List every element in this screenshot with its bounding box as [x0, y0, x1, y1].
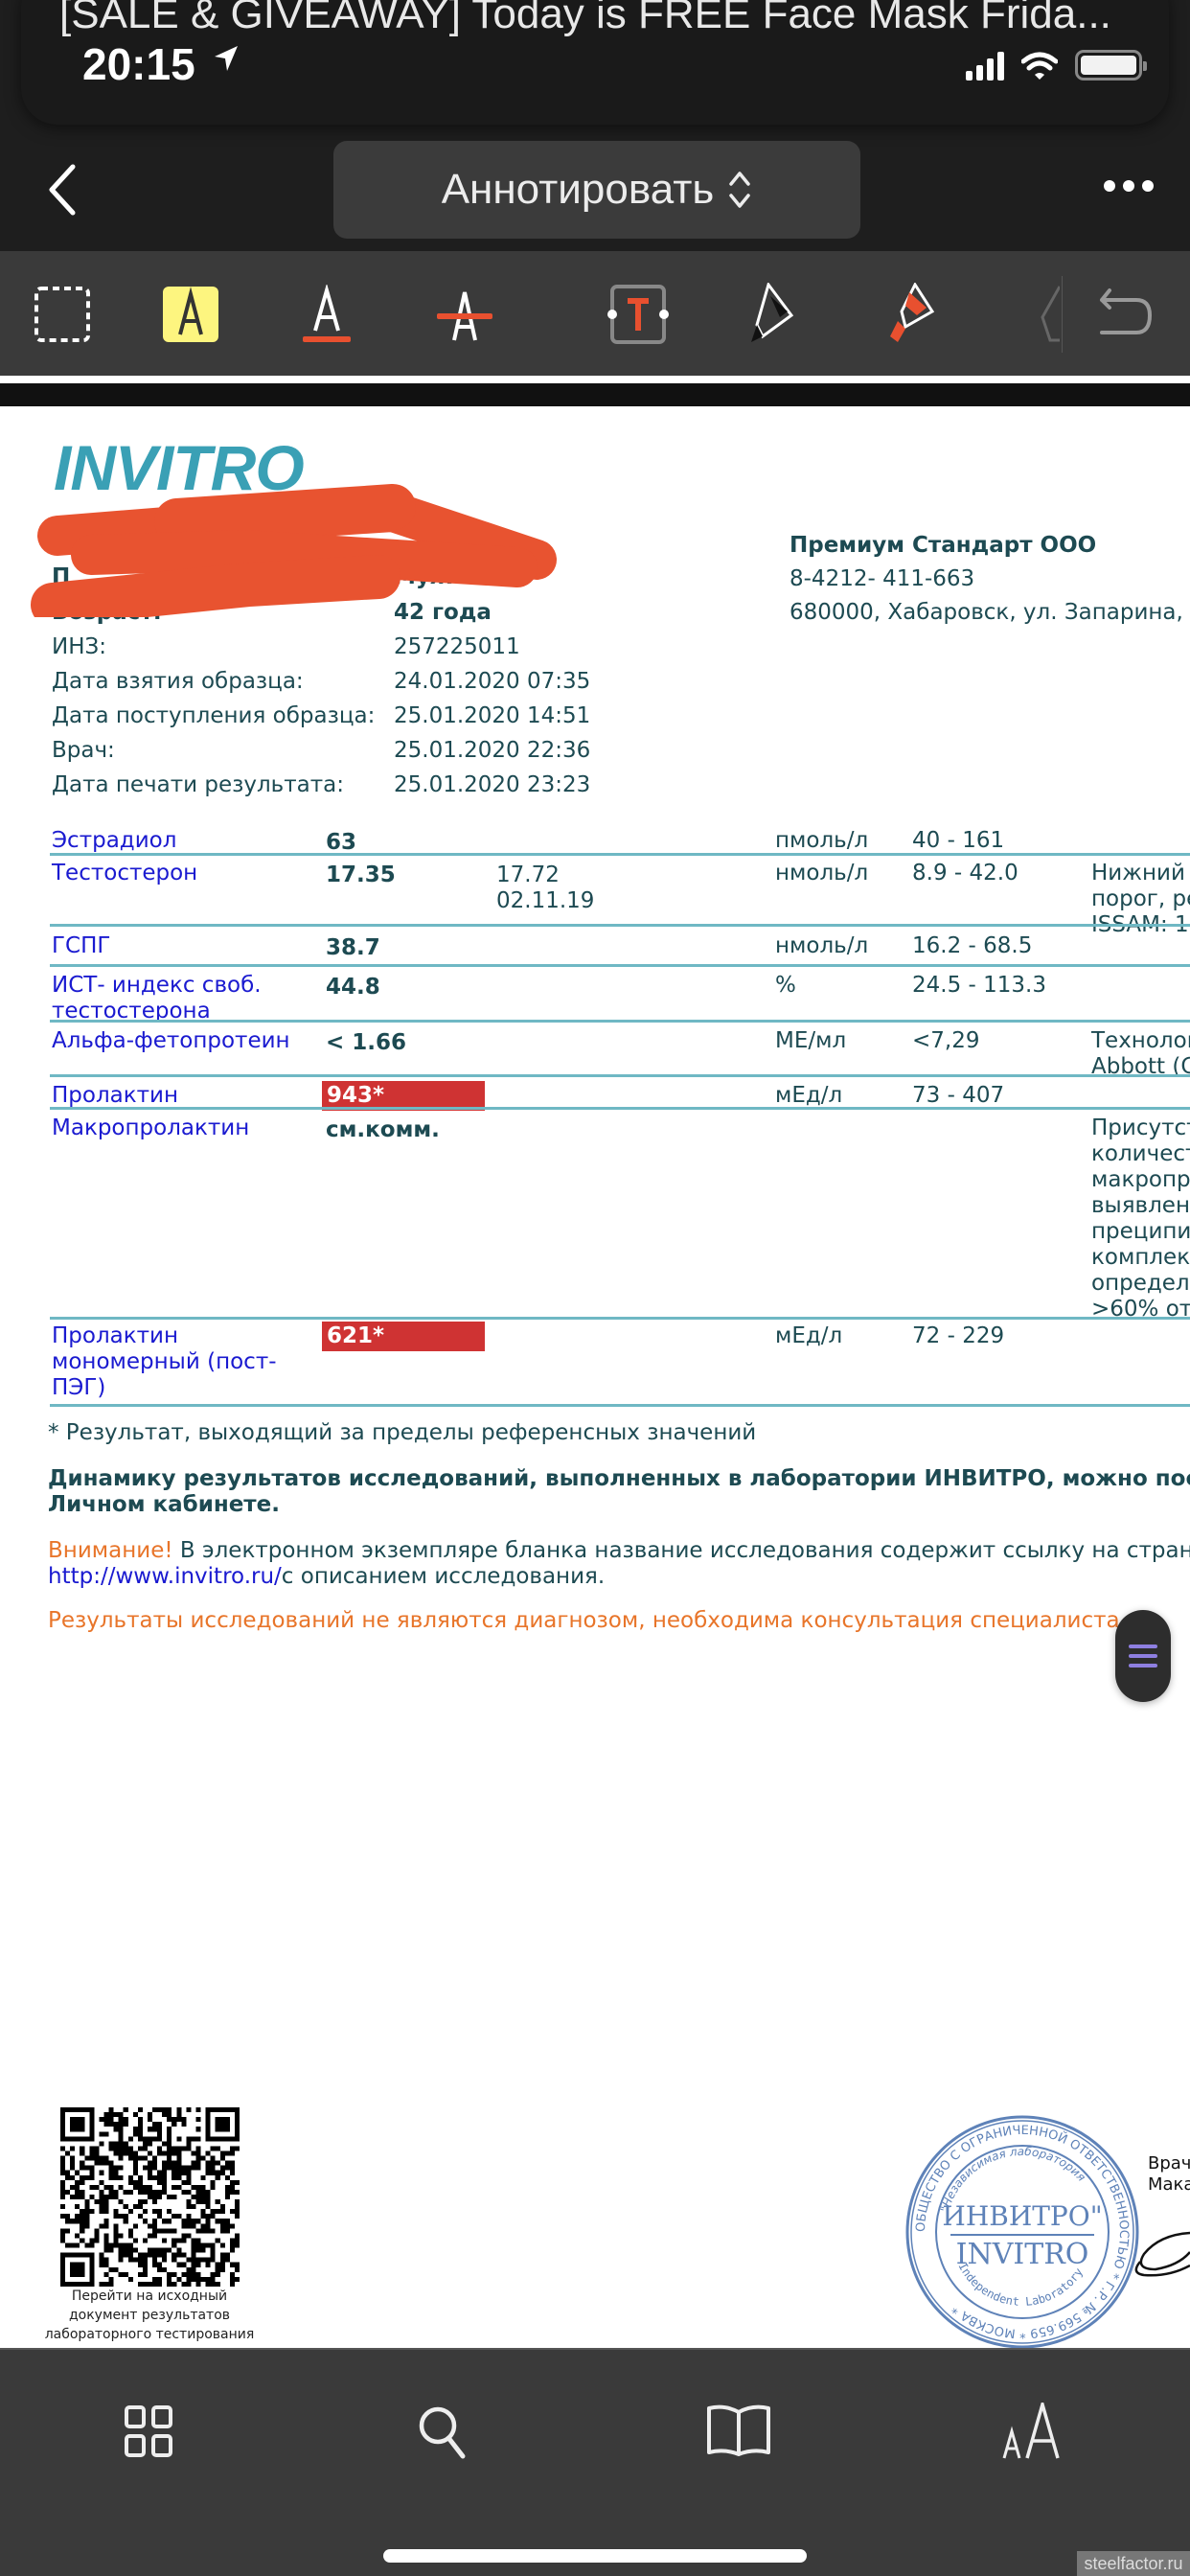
reference-range: 40 - 161	[912, 828, 1004, 853]
book-icon	[705, 2404, 772, 2458]
test-value: 44.8	[326, 975, 380, 1000]
watermark: steelfactor.ru	[1077, 2551, 1190, 2576]
test-unit: нмоль/л	[775, 933, 868, 958]
status-icons	[966, 50, 1142, 80]
test-name-link[interactable]: Альфа-фетопротеин	[52, 1028, 290, 1054]
more-options-button[interactable]	[1104, 180, 1154, 192]
test-name-link[interactable]: Тестостерон	[52, 861, 197, 886]
search-icon	[415, 2403, 472, 2460]
doctor-name: Мака	[1148, 2174, 1190, 2196]
test-value: 38.7	[326, 935, 380, 960]
disclaimer: Результаты исследований не являются диаг…	[48, 1608, 1127, 1634]
attention-label: Внимание!	[48, 1538, 173, 1563]
test-value-out-of-range: 621*	[322, 1322, 485, 1351]
font-size-icon	[1002, 2403, 1069, 2460]
text-box-tool[interactable]	[605, 278, 672, 351]
inz-value: 257225011	[394, 634, 520, 659]
test-name-link[interactable]: Пролактинмономерный (пост-ПЭГ)	[52, 1323, 277, 1401]
toolbar-divider	[1062, 276, 1063, 353]
lab-phone: 8-4212- 411-663	[790, 563, 974, 595]
previous-result: 17.7202.11.19	[496, 862, 594, 914]
pen-tool[interactable]	[740, 278, 807, 351]
eraser-icon	[1004, 283, 1060, 346]
table-row-divider	[50, 964, 1190, 967]
svg-text:ИНВИТРО": ИНВИТРО"	[942, 2200, 1102, 2232]
location-arrow-icon	[213, 44, 240, 73]
test-unit: нмоль/л	[775, 861, 868, 885]
table-row-divider	[50, 1074, 1190, 1077]
table-row-divider	[50, 1107, 1190, 1110]
test-name-link[interactable]: ИСТ- индекс своб.тестостерона	[52, 973, 262, 1024]
strikethrough-a-icon	[435, 285, 494, 344]
reference-range: <7,29	[912, 1028, 979, 1053]
notification-text: [SALE & GIVEAWAY] Today is FREE Face Mas…	[59, 0, 1142, 38]
grid-icon	[124, 2404, 173, 2458]
document-page[interactable]: INVITRO З П Муж Возраст: 42 года ИНЗ: 25…	[0, 406, 1190, 2348]
pen-icon	[742, 283, 805, 346]
text-size-button[interactable]	[993, 2398, 1079, 2465]
search-button[interactable]	[400, 2398, 487, 2465]
test-unit: МЕ/мл	[775, 1028, 846, 1053]
undo-icon	[1096, 285, 1156, 344]
test-comment: ТехнологAbbott (C	[1091, 1028, 1190, 1080]
test-value: 63	[326, 830, 356, 855]
dynamics-note-line1: Динамику результатов исследований, выпол…	[48, 1466, 1190, 1492]
sample-received-label: Дата поступления образца:	[52, 703, 375, 728]
chevron-up-down-icon	[727, 168, 752, 212]
battery-icon	[1075, 50, 1142, 80]
select-area-tool[interactable]	[29, 278, 96, 351]
test-value: см.комм.	[326, 1117, 440, 1142]
sample-taken-value: 24.01.2020 07:35	[394, 669, 590, 694]
reference-range: 72 - 229	[912, 1323, 1004, 1348]
sample-taken-label: Дата взятия образца:	[52, 669, 304, 694]
strikethrough-text-tool[interactable]	[431, 278, 498, 351]
sample-received-value: 25.01.2020 14:51	[394, 703, 590, 728]
hamburger-menu-icon	[1129, 1644, 1157, 1648]
cellular-signal-icon	[966, 52, 1004, 80]
reference-range: 16.2 - 68.5	[912, 933, 1032, 958]
thumbnails-button[interactable]	[105, 2398, 192, 2465]
dynamics-note-line2: Личном кабинете.	[48, 1492, 280, 1518]
back-button[interactable]	[42, 161, 84, 218]
test-unit: мЕд/л	[775, 1323, 842, 1348]
test-unit: пмоль/л	[775, 828, 868, 853]
home-indicator[interactable]	[383, 2549, 807, 2563]
qr-code[interactable]	[60, 2107, 240, 2287]
print-date-value: 25.01.2020 23:23	[394, 772, 590, 797]
page-separator	[0, 383, 1190, 406]
reading-mode-button[interactable]	[696, 2398, 782, 2465]
lab-stamp: ОБЩЕСТВО С ОГРАНИЧЕННОЙ ОТВЕТСТВЕННОСТЬЮ…	[903, 2112, 1142, 2348]
reference-range: 73 - 407	[912, 1083, 1004, 1108]
signature	[1131, 2227, 1190, 2285]
test-value: < 1.66	[326, 1030, 406, 1055]
status-time: 20:15	[82, 38, 195, 90]
mode-label: Аннотировать	[442, 166, 715, 214]
table-row-divider	[50, 1020, 1190, 1023]
lab-address: 680000, Хабаровск, ул. Запарина, д.	[790, 596, 1190, 629]
test-unit: мЕд/л	[775, 1083, 842, 1108]
doctor-title: Врач	[1148, 2153, 1190, 2174]
qr-caption: Перейти на исходный документ результатов…	[43, 2287, 256, 2344]
invitro-link[interactable]: http://www.invitro.ru/	[48, 1564, 282, 1589]
attention-note: Внимание! В электронном экземпляре бланк…	[48, 1538, 1190, 1564]
annotate-mode-selector[interactable]: Аннотировать	[333, 141, 860, 239]
attention-text: В электронном экземпляре бланка название…	[173, 1538, 1190, 1563]
test-name-link[interactable]: Макропролактин	[52, 1115, 249, 1141]
doctor-value: 25.01.2020 22:36	[394, 738, 590, 763]
document-outline-button[interactable]	[1115, 1610, 1171, 1702]
test-unit: %	[775, 973, 796, 998]
table-row-divider	[50, 853, 1190, 856]
dashed-rectangle-icon	[33, 285, 92, 344]
print-date-label: Дата печати результата:	[52, 772, 344, 797]
table-row-divider	[50, 1404, 1190, 1407]
table-row-divider	[50, 924, 1190, 927]
reference-range: 8.9 - 42.0	[912, 861, 1018, 885]
undo-button[interactable]	[1092, 278, 1159, 351]
bottom-toolbar: steelfactor.ru	[0, 2348, 1190, 2576]
test-name-link[interactable]: Пролактин	[52, 1083, 178, 1109]
redaction-scribble	[0, 406, 594, 617]
attention-note-line2: http://www.invitro.ru/с описанием исслед…	[48, 1564, 605, 1590]
footnote: * Результат, выходящий за пределы рефере…	[48, 1420, 756, 1446]
annotation-toolbar	[0, 251, 1190, 376]
highlight-a-icon	[161, 285, 220, 344]
text-box-icon	[606, 285, 670, 344]
lab-name: Премиум Стандарт ООО	[790, 529, 1096, 562]
svg-text:INVITRO: INVITRO	[956, 2238, 1089, 2271]
test-value: 17.35	[326, 862, 396, 887]
wifi-icon	[1021, 52, 1058, 80]
underline-a-icon	[297, 285, 356, 344]
eraser-tool[interactable]	[1004, 278, 1060, 351]
top-area: [SALE & GIVEAWAY] Today is FREE Face Mas…	[0, 0, 1190, 251]
highlighter-icon	[879, 283, 942, 346]
highlighter-tool[interactable]	[877, 278, 944, 351]
test-name-link[interactable]: Эстрадиол	[52, 828, 176, 854]
doctor-label: Врач:	[52, 738, 115, 763]
reference-range: 24.5 - 113.3	[912, 973, 1046, 998]
table-row-divider	[50, 1317, 1190, 1320]
doctor-signature-block: Врач Мака	[1148, 2153, 1190, 2196]
test-name-link[interactable]: ГСПГ	[52, 933, 110, 959]
test-comment: Присутстколичестмакропровыявленопреципит…	[1091, 1115, 1190, 1322]
underline-text-tool[interactable]	[293, 278, 360, 351]
attention-tail: с описанием исследования.	[282, 1564, 605, 1589]
inz-label: ИНЗ:	[52, 634, 106, 659]
page-edge	[0, 376, 1190, 383]
highlight-text-tool[interactable]	[157, 278, 224, 351]
